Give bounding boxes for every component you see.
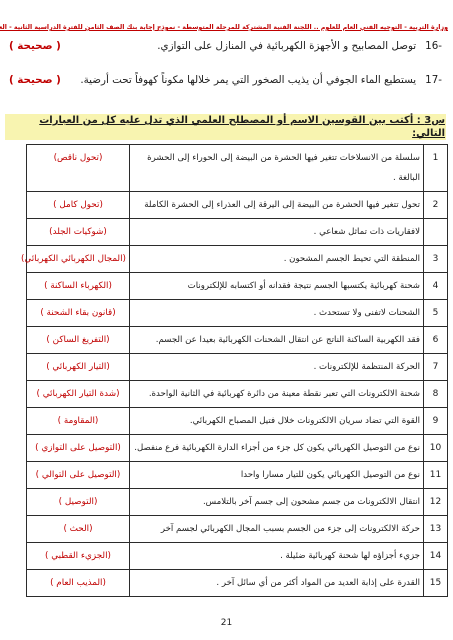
table-row: 7 الحركة المنتظمة للإلكترونات . (التيار … <box>27 354 448 381</box>
row-number-cell: 2 <box>424 192 448 219</box>
true-false-item-17: 17- يستطيع الماء الجوفي أن يذيب الصخور ا… <box>7 73 442 87</box>
table-row: 2 تحول تتغير فيها الحشرة من البيضة إلى ا… <box>27 192 448 219</box>
question-answer: ( صحيحة ) <box>7 39 61 53</box>
definitions-table: 1 سلسلة من الانسلاخات تتغير فيها الحشرة … <box>26 144 448 597</box>
question-answer: ( صحيحة ) <box>7 73 61 87</box>
answer-cell: (قانون بقاء الشحنة ) <box>27 300 130 327</box>
table-row: 6 فقد الكهربية الساكنة الناتج عن انتقال … <box>27 327 448 354</box>
question-text: توصل المصابيح و الأجهزة الكهربائية في ال… <box>157 39 416 53</box>
answer-cell: (التفريغ الساكن ) <box>27 327 130 354</box>
true-false-question: 16- توصل المصابيح و الأجهزة الكهربائية ف… <box>157 39 442 53</box>
row-number-cell: 12 <box>424 489 448 516</box>
table-row: 3 المنطقة التي تحيط الجسم المشحون . (الم… <box>27 246 448 273</box>
answer-cell: (المذيب العام ) <box>27 570 130 597</box>
row-number-cell: 4 <box>424 273 448 300</box>
answer-cell: (شوكيات الجلد) <box>27 219 130 246</box>
row-number-cell: 6 <box>424 327 448 354</box>
section-title: س3 : أكتب بين القوسين الاسم أو المصطلح ا… <box>5 114 446 140</box>
statement-cell: جزيء أجزاؤه لها شحنة كهربائية ضئيلة . <box>130 543 424 570</box>
table-row: 10 نوع من التوصيل الكهربائي يكون كل جزء … <box>27 435 448 462</box>
row-number-cell: 14 <box>424 543 448 570</box>
answer-cell: (الجزيء القطبي ) <box>27 543 130 570</box>
row-number-cell: 1 <box>424 145 448 192</box>
row-number-cell: 13 <box>424 516 448 543</box>
statement-cell: المنطقة التي تحيط الجسم المشحون . <box>130 246 424 273</box>
page-number: 21 <box>0 618 453 628</box>
statement-cell: سلسلة من الانسلاخات تتغير فيها الحشرة من… <box>130 145 424 192</box>
statement-cell: حركة الالكترونات إلى جزء من الجسم بسبب ا… <box>130 516 424 543</box>
answer-cell: (التيار الكهربائي ) <box>27 354 130 381</box>
row-number-cell: 11 <box>424 462 448 489</box>
statement-cell: تحول تتغير فيها الحشرة من البيضة إلى الي… <box>130 192 424 219</box>
row-number-cell <box>424 219 448 246</box>
document-page: وزارة التربية - التوجيه الفني العام للعل… <box>0 0 453 597</box>
document-header-line: وزارة التربية - التوجيه الفني العام للعل… <box>5 24 448 32</box>
statement-cell: الحركة المنتظمة للإلكترونات . <box>130 354 424 381</box>
answer-cell: (تحول كامل ) <box>27 192 130 219</box>
table-row: 1 سلسلة من الانسلاخات تتغير فيها الحشرة … <box>27 145 448 192</box>
question-text: يستطيع الماء الجوفي أن يذيب الصخور التي … <box>80 73 416 87</box>
answer-cell: (المجال الكهربائي الكهربائي) <box>27 246 130 273</box>
table-row: 15 القدرة على إذابة العديد من المواد أكث… <box>27 570 448 597</box>
table-row: 5 الشحنات لاتفنى ولا تستحدث . (قانون بقا… <box>27 300 448 327</box>
statement-cell: الشحنات لاتفنى ولا تستحدث . <box>130 300 424 327</box>
answer-cell: (المقاومة ) <box>27 408 130 435</box>
row-number-cell: 5 <box>424 300 448 327</box>
statement-cell: نوع من التوصيل الكهربائي يكون للتيار مسا… <box>130 462 424 489</box>
statement-cell: انتقال الالكترونات من جسم مشحون إلى جسم … <box>130 489 424 516</box>
table-row: 12 انتقال الالكترونات من جسم مشحون إلى ج… <box>27 489 448 516</box>
answer-cell: (التوصيل على التوالي ) <box>27 462 130 489</box>
table-row: 11 نوع من التوصيل الكهربائي يكون للتيار … <box>27 462 448 489</box>
row-number-cell: 9 <box>424 408 448 435</box>
answer-cell: (الكهرباء الساكنة ) <box>27 273 130 300</box>
answer-cell: (تحول ناقص) <box>27 145 130 192</box>
answer-cell: (التوصيل ) <box>27 489 130 516</box>
statement-cell: شحنة كهربائية يكتسبها الجسم نتيجة فقدانه… <box>130 273 424 300</box>
table-row: 9 القوة التي تضاد سريان الالكترونات خلال… <box>27 408 448 435</box>
statement-cell: لافقاريات ذات تماثل شعاعي . <box>130 219 424 246</box>
answer-cell: (الحث ) <box>27 516 130 543</box>
statement-cell: فقد الكهربية الساكنة الناتج عن انتقال ال… <box>130 327 424 354</box>
table-row: 14 جزيء أجزاؤه لها شحنة كهربائية ضئيلة .… <box>27 543 448 570</box>
statement-cell: نوع من التوصيل الكهربائي يكون كل جزء من … <box>130 435 424 462</box>
statement-cell: القوة التي تضاد سريان الالكترونات خلال ف… <box>130 408 424 435</box>
row-number-cell: 8 <box>424 381 448 408</box>
true-false-item-16: 16- توصل المصابيح و الأجهزة الكهربائية ف… <box>7 39 442 53</box>
definitions-table-body: 1 سلسلة من الانسلاخات تتغير فيها الحشرة … <box>27 145 448 597</box>
table-row: لافقاريات ذات تماثل شعاعي . (شوكيات الجل… <box>27 219 448 246</box>
table-row: 13 حركة الالكترونات إلى جزء من الجسم بسب… <box>27 516 448 543</box>
question-number: 16- <box>425 39 442 53</box>
statement-cell: شحنة الالكترونات التي تعبر نقطة معينة من… <box>130 381 424 408</box>
row-number-cell: 7 <box>424 354 448 381</box>
row-number-cell: 10 <box>424 435 448 462</box>
row-number-cell: 15 <box>424 570 448 597</box>
row-number-cell: 3 <box>424 246 448 273</box>
table-row: 8 شحنة الالكترونات التي تعبر نقطة معينة … <box>27 381 448 408</box>
statement-cell: القدرة على إذابة العديد من المواد أكثر م… <box>130 570 424 597</box>
answer-cell: (شدة التيار الكهربائي ) <box>27 381 130 408</box>
answer-cell: (التوصيل على التوازي ) <box>27 435 130 462</box>
true-false-question: 17- يستطيع الماء الجوفي أن يذيب الصخور ا… <box>80 73 442 87</box>
table-row: 4 شحنة كهربائية يكتسبها الجسم نتيجة فقدا… <box>27 273 448 300</box>
question-number: 17- <box>425 73 442 87</box>
